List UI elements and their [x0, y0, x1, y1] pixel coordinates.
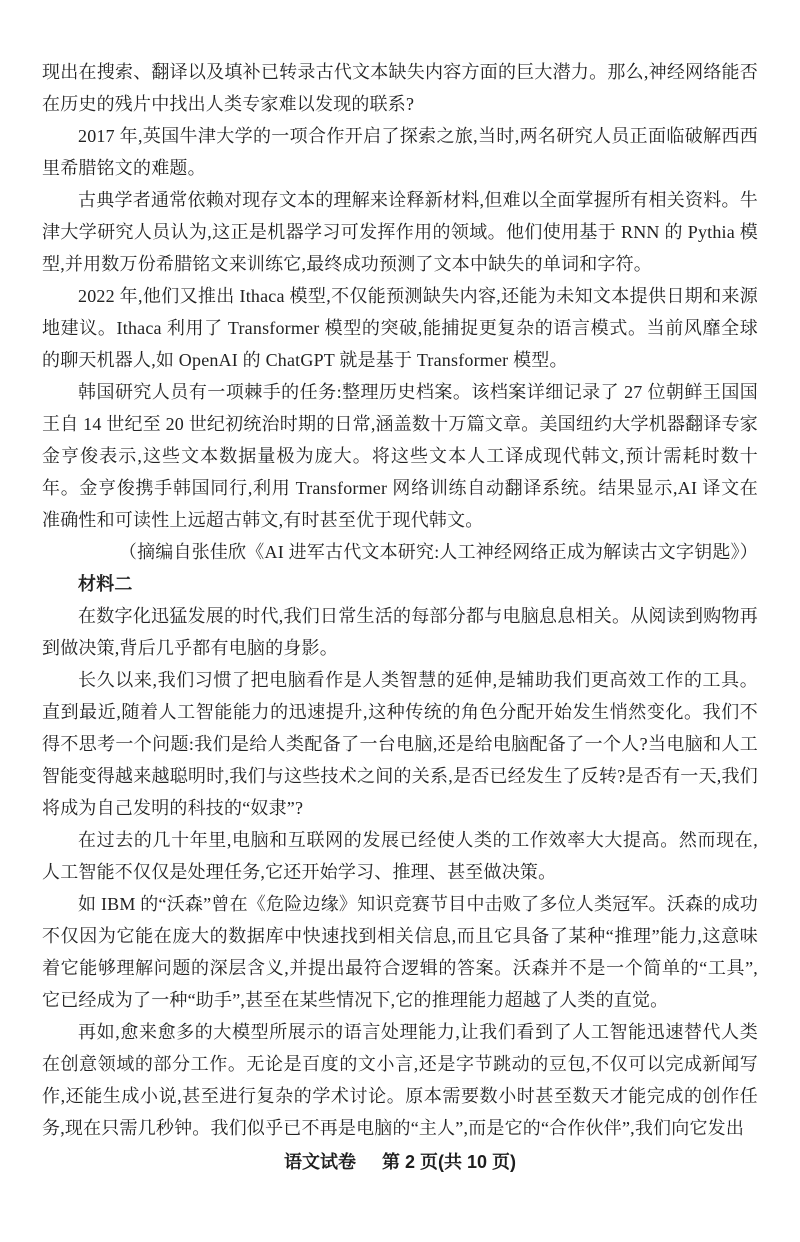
footer-exam-name: 语文试卷	[284, 1152, 356, 1172]
paragraph: 在数字化迅猛发展的时代,我们日常生活的每部分都与电脑息息相关。从阅读到购物再到做…	[42, 600, 758, 664]
page-footer: 语文试卷第 2 页(共 10 页)	[0, 1148, 800, 1176]
paragraph: 再如,愈来愈多的大模型所展示的语言处理能力,让我们看到了人工智能迅速替代人类在创…	[42, 1016, 758, 1144]
paragraph: 2022 年,他们又推出 Ithaca 模型,不仅能预测缺失内容,还能为未知文本…	[42, 280, 758, 376]
material-two-heading: 材料二	[42, 568, 758, 600]
paragraph-continued: 现出在搜索、翻译以及填补已转录古代文本缺失内容方面的巨大潜力。那么,神经网络能否…	[42, 56, 758, 120]
document-body: 现出在搜索、翻译以及填补已转录古代文本缺失内容方面的巨大潜力。那么,神经网络能否…	[42, 56, 758, 1144]
exam-page: 现出在搜索、翻译以及填补已转录古代文本缺失内容方面的巨大潜力。那么,神经网络能否…	[0, 0, 800, 1242]
paragraph: 如 IBM 的“沃森”曾在《危险边缘》知识竞赛节目中击败了多位人类冠军。沃森的成…	[42, 888, 758, 1016]
source-citation: （摘编自张佳欣《AI 进军古代文本研究:人工神经网络正成为解读古文字钥匙》）	[42, 536, 758, 568]
paragraph: 长久以来,我们习惯了把电脑看作是人类智慧的延伸,是辅助我们更高效工作的工具。直到…	[42, 664, 758, 824]
paragraph: 韩国研究人员有一项棘手的任务:整理历史档案。该档案详细记录了 27 位朝鲜王国国…	[42, 376, 758, 536]
paragraph: 在过去的几十年里,电脑和互联网的发展已经使人类的工作效率大大提高。然而现在,人工…	[42, 824, 758, 888]
footer-page-indicator: 第 2 页(共 10 页)	[382, 1152, 516, 1172]
paragraph: 古典学者通常依赖对现存文本的理解来诠释新材料,但难以全面掌握所有相关资料。牛津大…	[42, 184, 758, 280]
paragraph: 2017 年,英国牛津大学的一项合作开启了探索之旅,当时,两名研究人员正面临破解…	[42, 120, 758, 184]
